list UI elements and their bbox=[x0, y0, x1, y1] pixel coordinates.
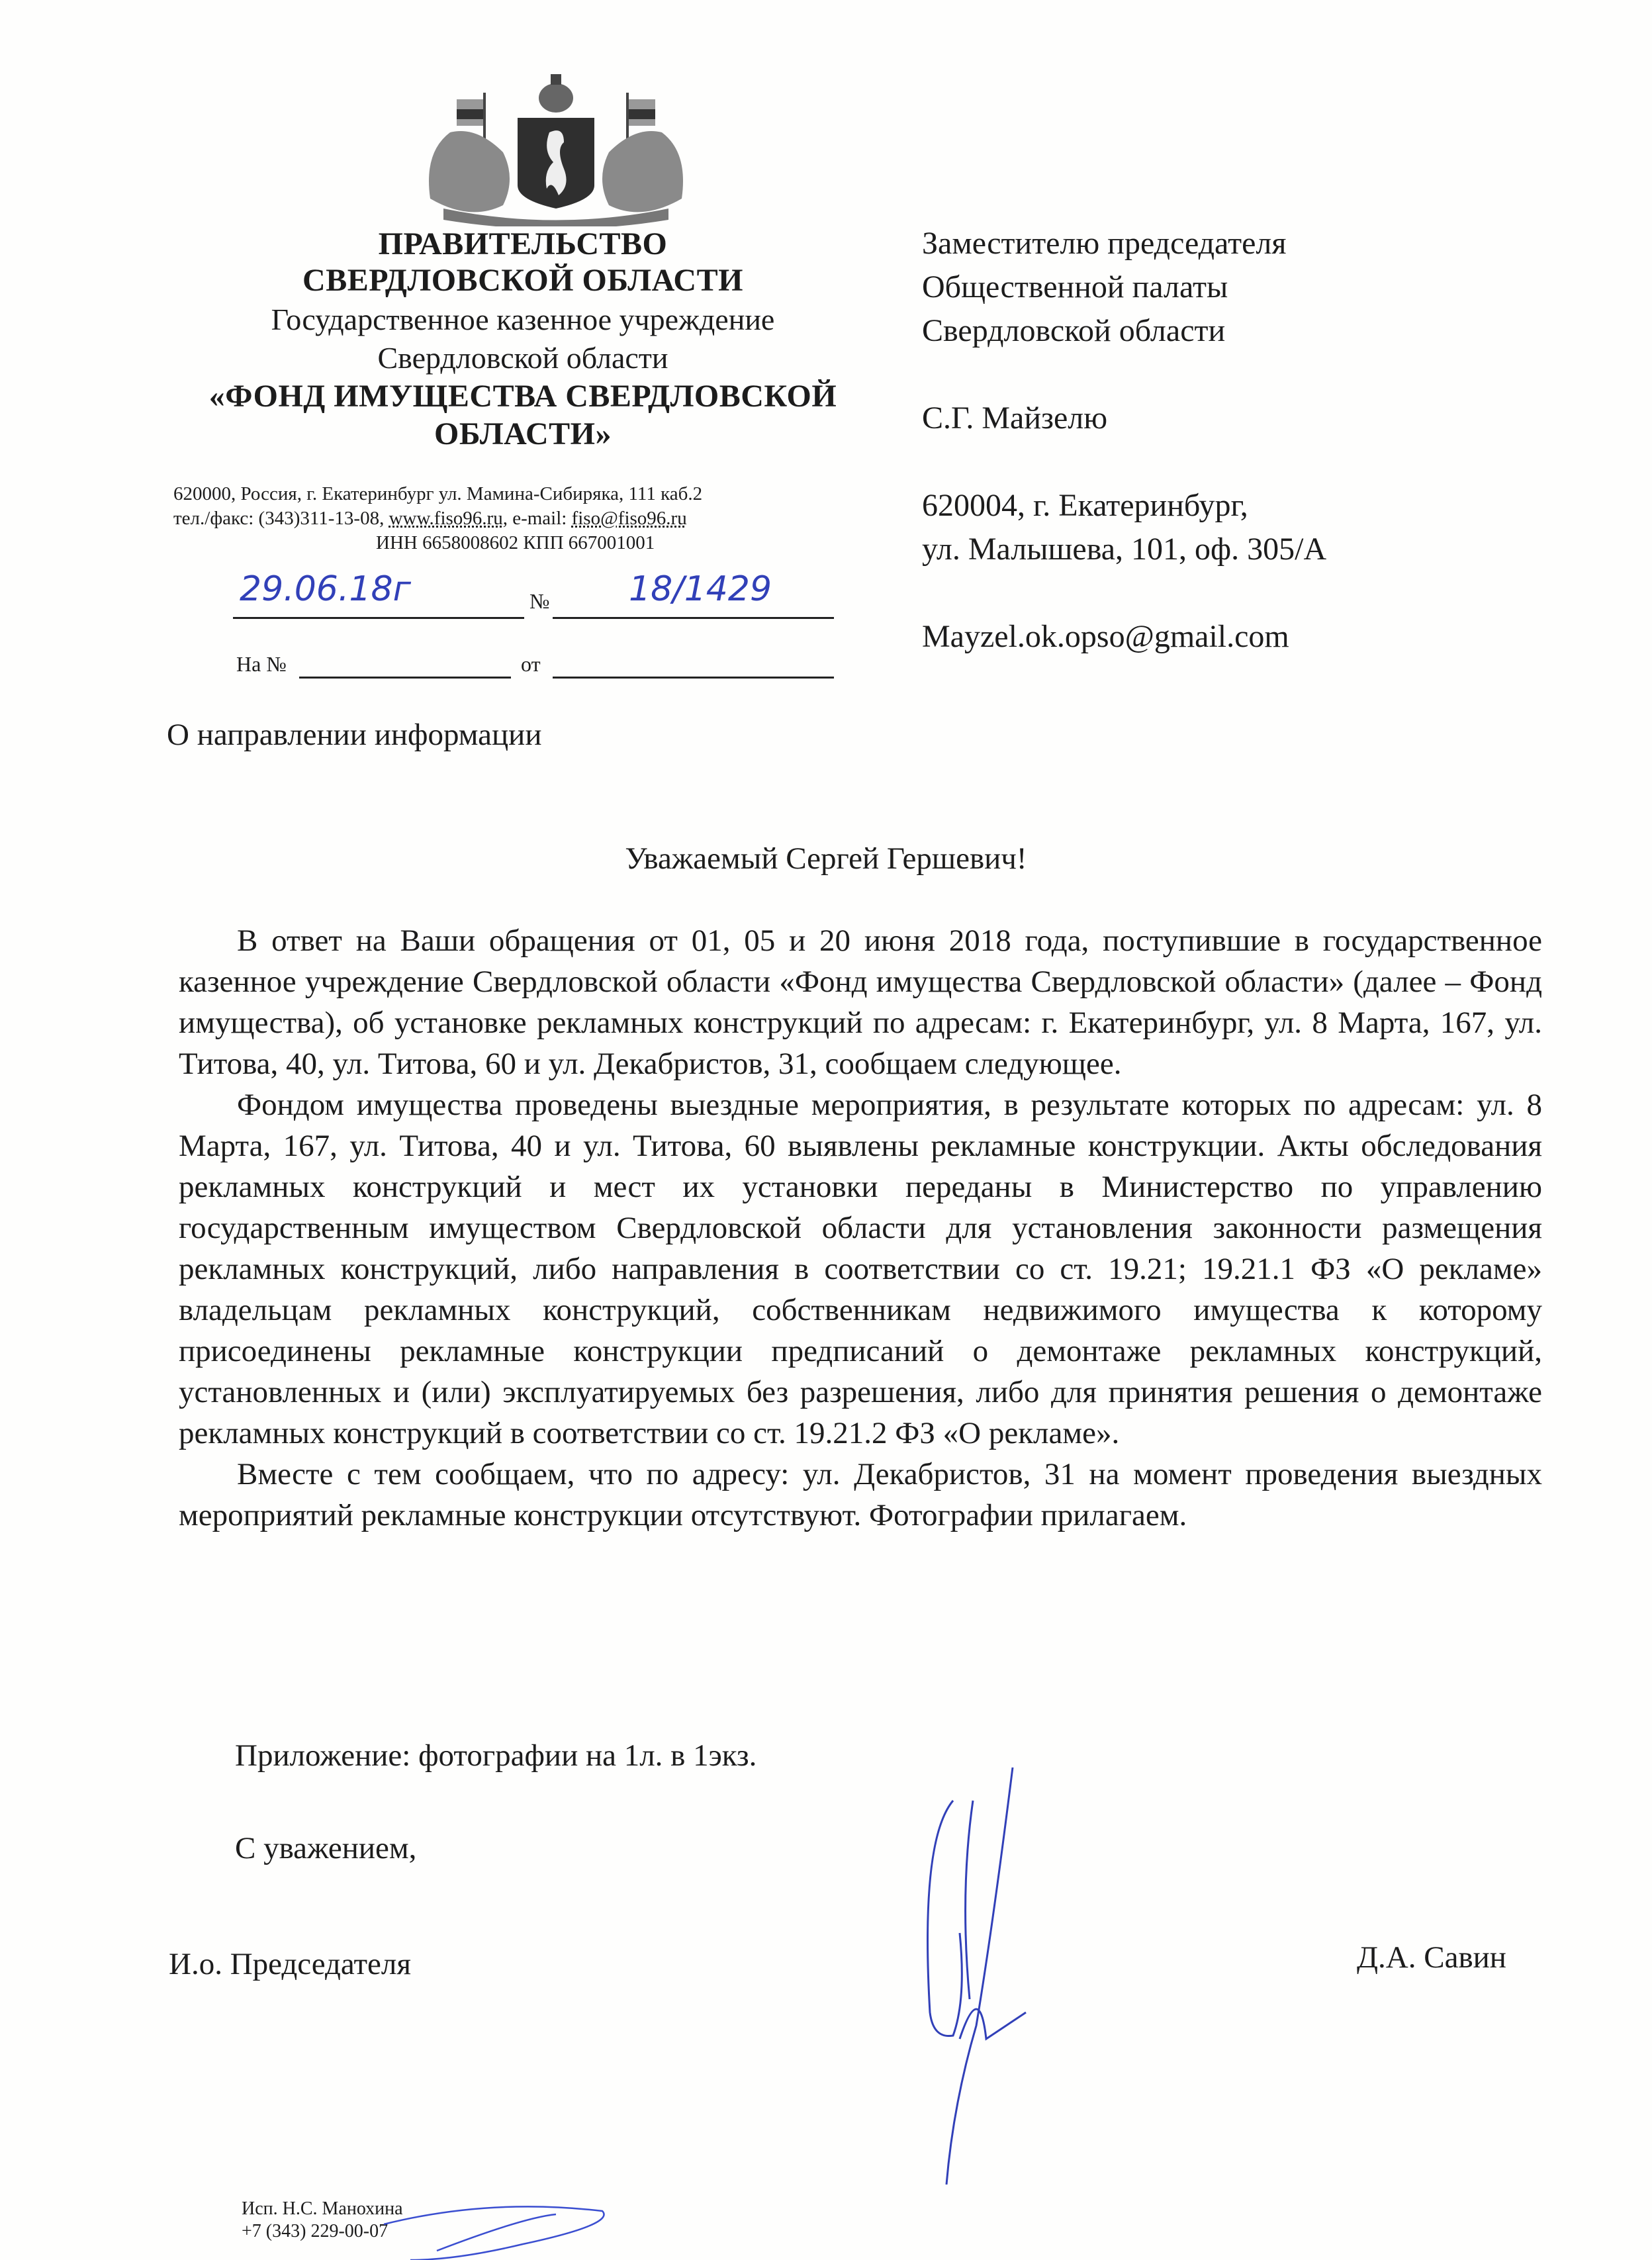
addressee-email: Mayzel.ok.opso@gmail.com bbox=[922, 615, 1326, 659]
registration-date: 29.06.18г bbox=[240, 569, 411, 609]
letterhead-institution-type: Государственное казенное учреждение bbox=[172, 305, 874, 335]
letterhead-government: ПРАВИТЕЛЬСТВО bbox=[172, 228, 874, 260]
letterhead-address: 620000, Россия, г. Екатеринбург ул. Мами… bbox=[173, 482, 702, 506]
phone-fax: тел./факс: (343)311-13-08, bbox=[173, 508, 389, 529]
addressee-position: Заместителю председателя bbox=[922, 222, 1326, 265]
addressee-address-city: 620004, г. Екатеринбург, bbox=[922, 484, 1326, 528]
email-link[interactable]: fiso@fiso96.ru bbox=[572, 508, 687, 529]
addressee-address-street: ул. Малышева, 101, оф. 305/А bbox=[922, 528, 1326, 571]
signatory-position: И.о. Председателя bbox=[169, 1946, 411, 1982]
reference-number-label: На № bbox=[236, 652, 287, 677]
body-paragraph-1: В ответ на Ваши обращения от 01, 05 и 20… bbox=[179, 920, 1542, 1084]
date-line bbox=[233, 617, 524, 619]
email-label: , e-mail: bbox=[503, 508, 572, 529]
addressee-name: С.Г. Майзелю bbox=[922, 397, 1326, 440]
executor-initials-scribble bbox=[357, 2198, 622, 2260]
reference-number-line bbox=[299, 677, 511, 679]
reference-date-label: от bbox=[521, 652, 541, 677]
reference-date-line bbox=[553, 677, 834, 679]
letterhead-fund-name-cont: ОБЛАСТИ» bbox=[172, 418, 874, 450]
signatory-name: Д.А. Савин bbox=[1357, 1940, 1506, 1975]
closing: С уважением, bbox=[235, 1830, 416, 1866]
letterhead-contacts: тел./факс: (343)311-13-08, www.fiso96.ru… bbox=[173, 506, 687, 531]
letter-body: В ответ на Ваши обращения от 01, 05 и 20… bbox=[179, 920, 1542, 1536]
letterhead-region: СВЕРДЛОВСКОЙ ОБЛАСТИ bbox=[172, 265, 874, 297]
salutation: Уважаемый Сергей Гершевич! bbox=[0, 841, 1652, 876]
letterhead-fund-name: «ФОНД ИМУЩЕСТВА СВЕРДЛОВСКОЙ bbox=[172, 381, 874, 412]
website-link[interactable]: www.fiso96.ru bbox=[389, 508, 503, 529]
addressee-block: Заместителю председателя Общественной па… bbox=[922, 222, 1326, 659]
handwritten-signature bbox=[913, 1761, 1085, 2185]
body-paragraph-2: Фондом имущества проведены выездные меро… bbox=[179, 1084, 1542, 1454]
addressee-region: Свердловской области bbox=[922, 309, 1326, 353]
letterhead-institution-region: Свердловской области bbox=[172, 343, 874, 373]
letterhead-inn-kpp: ИНН 6658008602 КПП 667001001 bbox=[376, 531, 655, 555]
body-paragraph-3: Вместе с тем сообщаем, что по адресу: ул… bbox=[179, 1454, 1542, 1536]
number-line bbox=[553, 617, 834, 619]
attachment-note: Приложение: фотографии на 1л. в 1экз. bbox=[235, 1738, 757, 1773]
addressee-organization: Общественной палаты bbox=[922, 265, 1326, 309]
subject: О направлении информации bbox=[167, 717, 541, 753]
coat-of-arms-emblem bbox=[417, 73, 695, 226]
number-label: № bbox=[529, 589, 550, 614]
registration-number: 18/1429 bbox=[629, 569, 772, 609]
